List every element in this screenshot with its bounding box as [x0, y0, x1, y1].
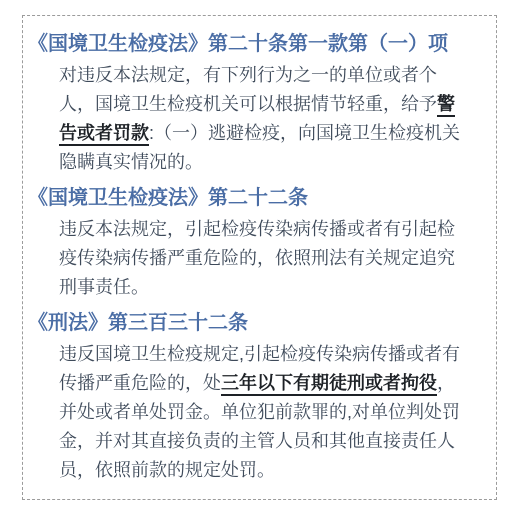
law-card: 《国境卫生检疫法》第二十条第一款第（一）项对违反本法规定，有下列行为之一的单位或… [22, 15, 497, 500]
emphasized-text: 三年以下有期徒刑或者拘役 [221, 373, 437, 396]
law-sections: 《国境卫生检疫法》第二十条第一款第（一）项对违反本法规定，有下列行为之一的单位或… [23, 31, 496, 485]
section-body: 对违反本法规定，有下列行为之一的单位或者个人，国境卫生检疫机关可以根据情节轻重，… [23, 61, 496, 177]
body-text: 对违反本法规定，有下列行为之一的单位或者个人，国境卫生检疫机关可以根据情节轻重，… [59, 65, 437, 114]
body-text: 违反本法规定，引起检疫传染病传播或者有引起检疫传染病传播严重危险的，依照刑法有关… [59, 219, 455, 297]
section-heading: 《国境卫生检疫法》第二十条第一款第（一）项 [23, 31, 496, 58]
section-body: 违反国境卫生检疫规定,引起检疫传染病传播或者有传播严重危险的，处三年以下有期徒刑… [23, 340, 496, 485]
section-heading: 《刑法》第三百三十二条 [23, 310, 496, 337]
law-section: 《国境卫生检疫法》第二十二条违反本法规定，引起检疫传染病传播或者有引起检疫传染病… [23, 185, 496, 302]
law-section: 《国境卫生检疫法》第二十条第一款第（一）项对违反本法规定，有下列行为之一的单位或… [23, 31, 496, 177]
law-section: 《刑法》第三百三十二条违反国境卫生检疫规定,引起检疫传染病传播或者有传播严重危险… [23, 310, 496, 485]
section-heading: 《国境卫生检疫法》第二十二条 [23, 185, 496, 212]
section-body: 违反本法规定，引起检疫传染病传播或者有引起检疫传染病传播严重危险的，依照刑法有关… [23, 215, 496, 302]
